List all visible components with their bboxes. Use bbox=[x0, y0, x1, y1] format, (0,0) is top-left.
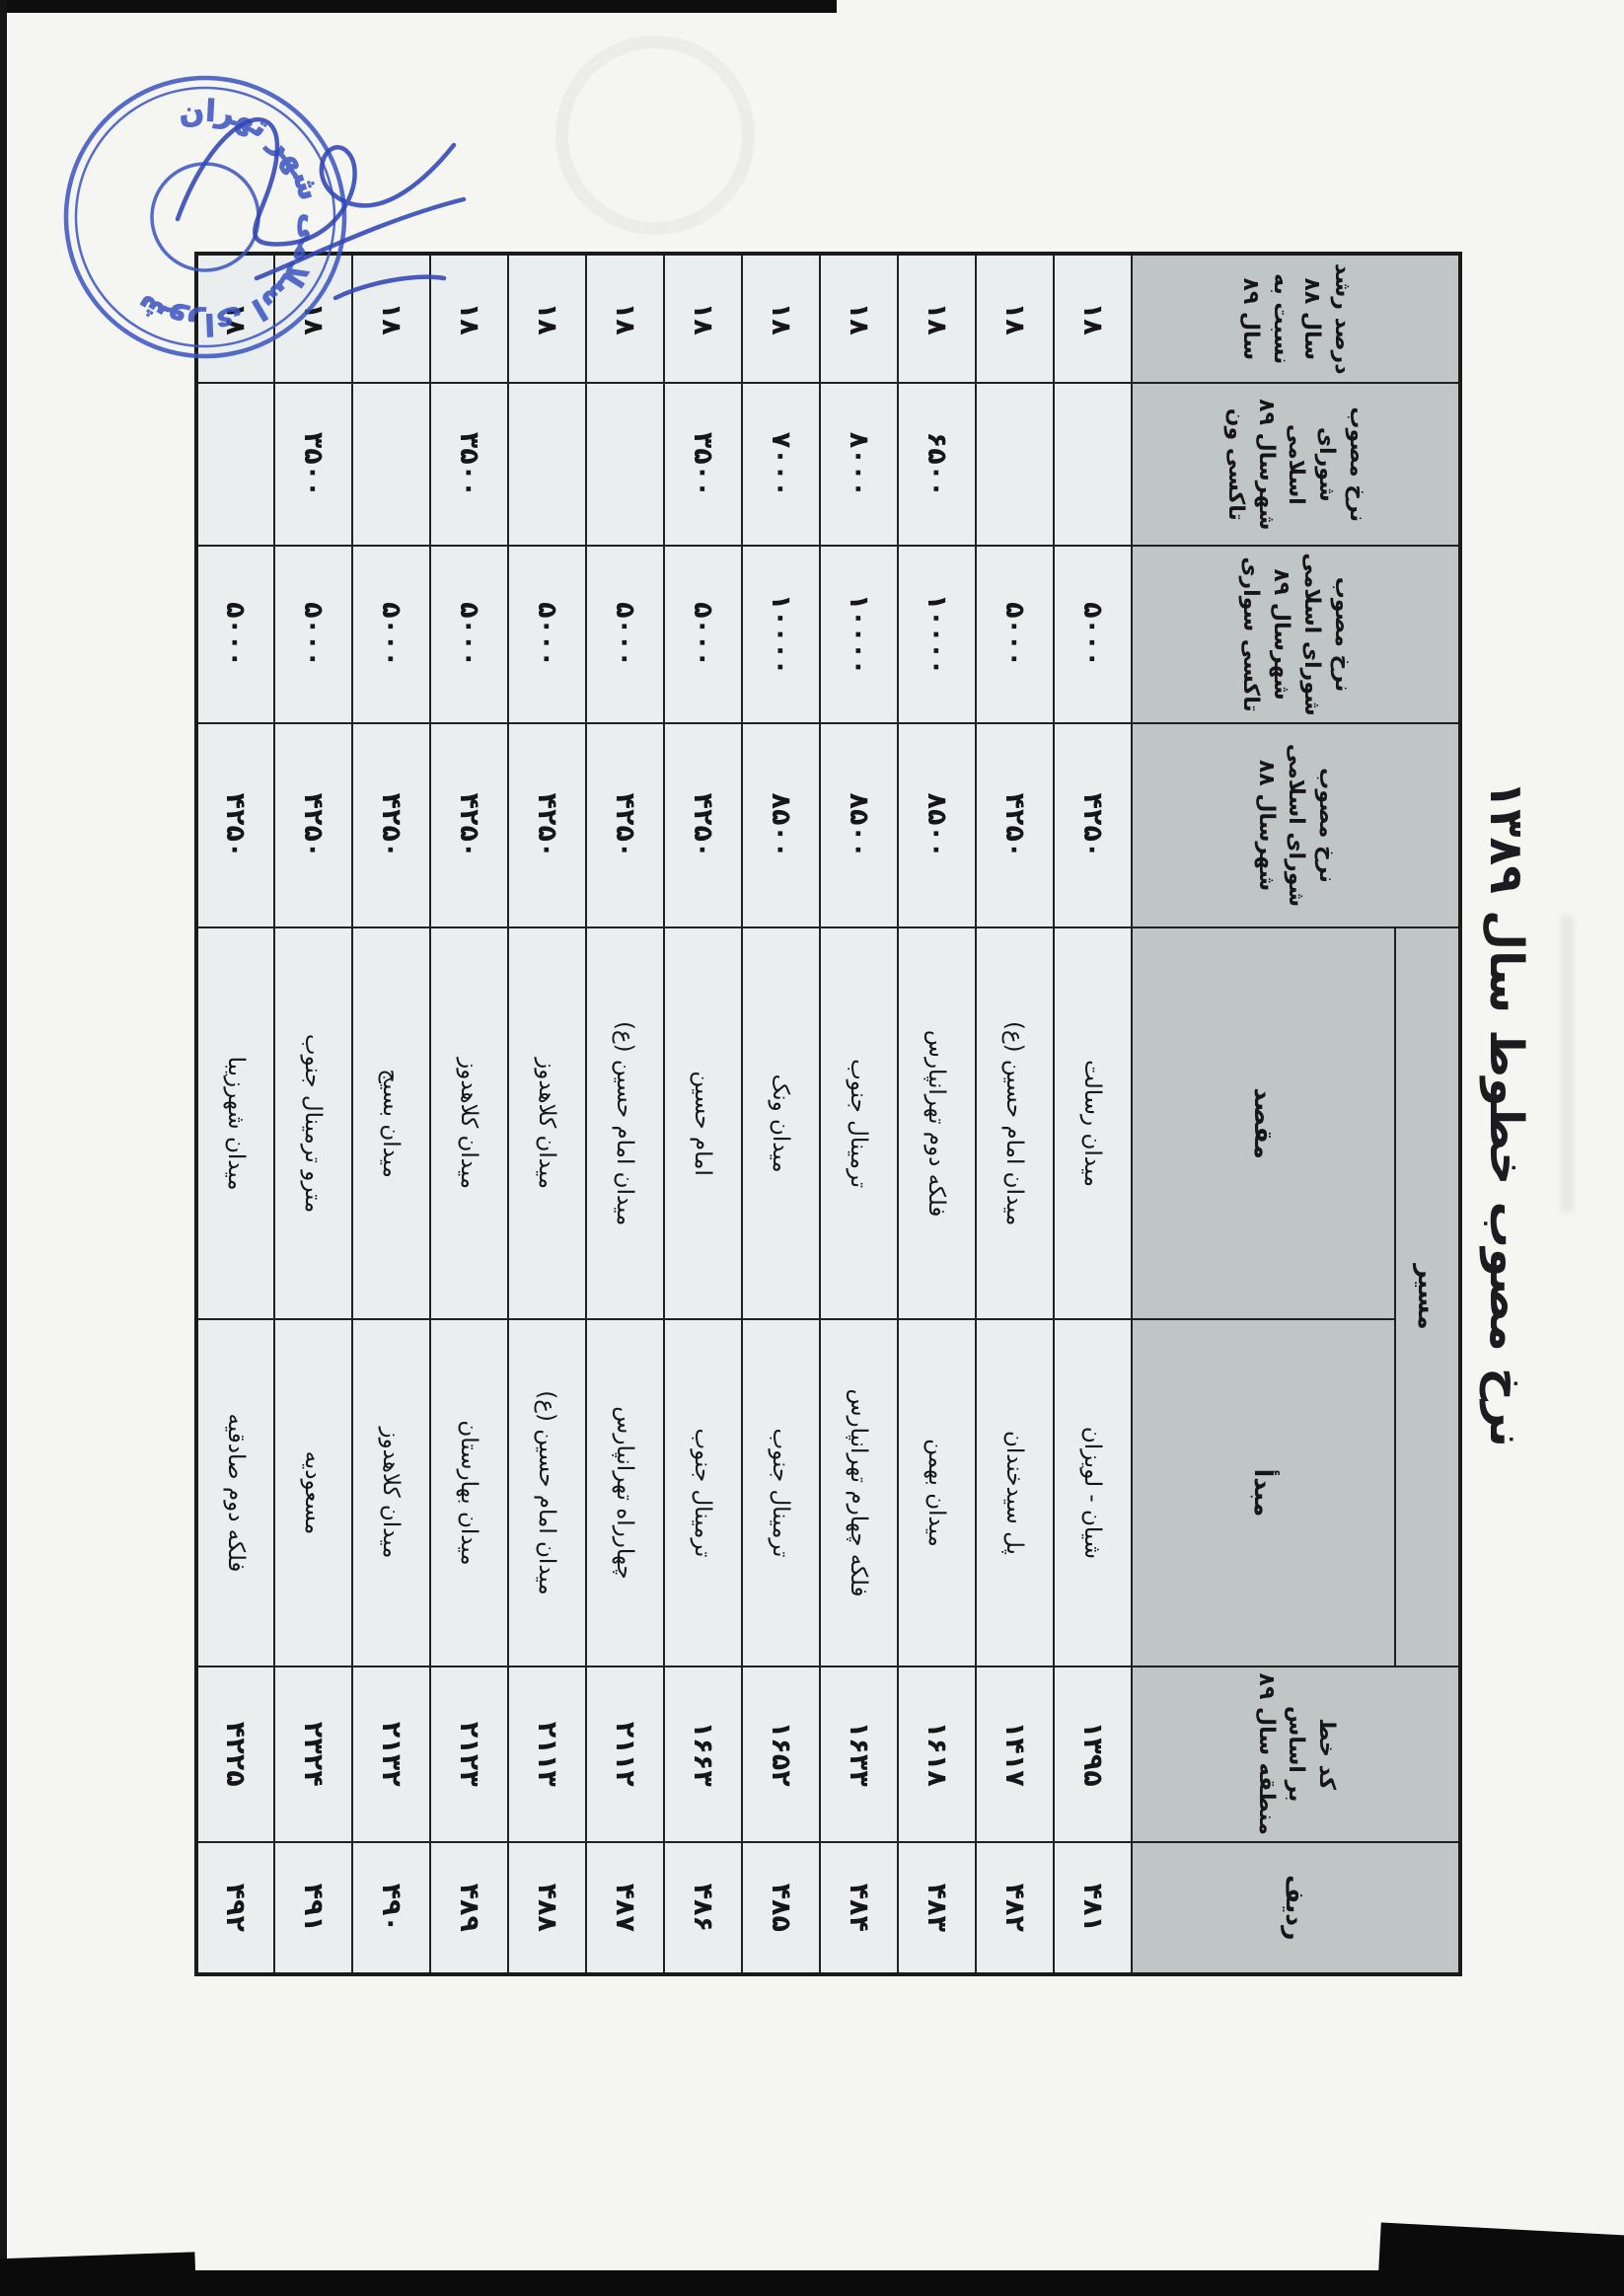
table-row: ۴۸۴۱۶۳۳فلکه چهارم تهرانپارسترمینال جنوب۸… bbox=[820, 254, 898, 1974]
table-row: ۴۸۶۱۶۶۳ترمینال جنوبامام حسین۴۲۵۰۵۰۰۰۳۵۰۰… bbox=[664, 254, 742, 1974]
cell-rate88: ۸۵۰۰ bbox=[820, 723, 898, 927]
cell-rate88: ۴۲۵۰ bbox=[664, 723, 742, 927]
cell-savari: ۵۰۰۰ bbox=[1054, 546, 1132, 723]
cell-mabda: میدان کلاهدوز bbox=[352, 1319, 430, 1666]
table-row: ۴۹۱۲۳۲۴مسعودیهمترو ترمینال جنوب۴۲۵۰۵۰۰۰۳… bbox=[274, 254, 352, 1974]
cell-radif: ۴۸۷ bbox=[586, 1842, 664, 1974]
cell-rate88: ۴۲۵۰ bbox=[274, 723, 352, 927]
cell-maqsad: میدان امام حسین (ع) bbox=[586, 927, 664, 1319]
cell-maqsad: ترمینال جنوب bbox=[820, 927, 898, 1319]
table-row: ۴۹۲۴۲۲۵فلکه دوم صادقیهمیدان شهرزیبا۴۲۵۰۵… bbox=[196, 254, 274, 1974]
cell-radif: ۴۸۶ bbox=[664, 1842, 742, 1974]
header-rate-89-taxi: نرخ مصوب شورای اسلامی شهرسال ۸۹ تاکسی سو… bbox=[1132, 546, 1460, 723]
cell-van: ۳۵۰۰ bbox=[430, 383, 508, 546]
cell-savari: ۱۰۰۰۰ bbox=[742, 546, 820, 723]
cell-radif: ۴۸۵ bbox=[742, 1842, 820, 1974]
cell-rate88: ۴۲۵۰ bbox=[586, 723, 664, 927]
cell-code: ۱۶۱۸ bbox=[898, 1666, 976, 1842]
cell-growth: ۱۸ bbox=[898, 254, 976, 383]
cell-growth: ۱۸ bbox=[976, 254, 1054, 383]
cell-van bbox=[196, 383, 274, 546]
cell-mabda: فلکه چهارم تهرانپارس bbox=[820, 1319, 898, 1666]
cell-rate88: ۴۲۵۰ bbox=[976, 723, 1054, 927]
cell-growth: ۱۸ bbox=[664, 254, 742, 383]
cell-rate88: ۴۲۵۰ bbox=[430, 723, 508, 927]
rates-table: رديف کد خط بر اساس منطقه سال ۸۹ مسير نرخ… bbox=[194, 252, 1462, 1976]
cell-maqsad: فلکه دوم تهرانپارس bbox=[898, 927, 976, 1319]
signature-scribble bbox=[138, 51, 493, 367]
cell-savari: ۵۰۰۰ bbox=[274, 546, 352, 723]
table-row: ۴۸۳۱۶۱۸میدان بهمنفلکه دوم تهرانپارس۸۵۰۰۱… bbox=[898, 254, 976, 1974]
cell-van bbox=[1054, 383, 1132, 546]
cell-mabda: پل سیدخندان bbox=[976, 1319, 1054, 1666]
cell-mabda: مسعودیه bbox=[274, 1319, 352, 1666]
cell-radif: ۴۸۲ bbox=[976, 1842, 1054, 1974]
cell-maqsad: میدان بسیج bbox=[352, 927, 430, 1319]
cell-mabda: میدان بهارستان bbox=[430, 1319, 508, 1666]
cell-van bbox=[352, 383, 430, 546]
cell-savari: ۵۰۰۰ bbox=[196, 546, 274, 723]
header-origin: مبدأ bbox=[1132, 1319, 1395, 1666]
cell-rate88: ۴۲۵۰ bbox=[196, 723, 274, 927]
cell-savari: ۱۰۰۰۰ bbox=[898, 546, 976, 723]
cell-van bbox=[508, 383, 586, 546]
cell-code: ۱۳۹۵ bbox=[1054, 1666, 1132, 1842]
cell-code: ۱۶۶۳ bbox=[664, 1666, 742, 1842]
document-title: نرخ مصوب خطوط سال ۱۳۸۹ bbox=[1462, 250, 1549, 1978]
cell-van: ۷۰۰۰ bbox=[742, 383, 820, 546]
cell-code: ۲۱۱۳ bbox=[508, 1666, 586, 1842]
cell-code: ۴۲۲۵ bbox=[196, 1666, 274, 1842]
table-row: ۴۸۹۲۱۲۳میدان بهارستانمیدان کلاهدوز۴۲۵۰۵۰… bbox=[430, 254, 508, 1974]
table-row: ۴۹۰۲۱۳۲میدان کلاهدوزمیدان بسیج۴۲۵۰۵۰۰۰۱۸ bbox=[352, 254, 430, 1974]
cell-rate88: ۴۲۵۰ bbox=[1054, 723, 1132, 927]
cell-maqsad: میدان امام حسین (ع) bbox=[976, 927, 1054, 1319]
cell-maqsad: میدان رسالت bbox=[1054, 927, 1132, 1319]
cell-maqsad: میدان شهرزیبا bbox=[196, 927, 274, 1319]
cell-mabda: فلکه دوم صادقیه bbox=[196, 1319, 274, 1666]
cell-maqsad: میدان کلاهدوز bbox=[430, 927, 508, 1319]
cell-radif: ۴۸۹ bbox=[430, 1842, 508, 1974]
cell-maqsad: میدان کلاهدوز bbox=[508, 927, 586, 1319]
cell-savari: ۵۰۰۰ bbox=[508, 546, 586, 723]
cell-savari: ۵۰۰۰ bbox=[352, 546, 430, 723]
cell-mabda: میدان بهمن bbox=[898, 1319, 976, 1666]
cell-radif: ۴۹۱ bbox=[274, 1842, 352, 1974]
cell-savari: ۵۰۰۰ bbox=[430, 546, 508, 723]
cell-growth: ۱۸ bbox=[742, 254, 820, 383]
cell-mabda: ترمینال جنوب bbox=[664, 1319, 742, 1666]
cell-rate88: ۴۲۵۰ bbox=[352, 723, 430, 927]
cell-growth: ۱۸ bbox=[1054, 254, 1132, 383]
scan-edge-top bbox=[0, 0, 837, 13]
cell-van bbox=[976, 383, 1054, 546]
cell-van: ۸۰۰۰ bbox=[820, 383, 898, 546]
table-row: ۴۸۱۱۳۹۵شیان - لویزانمیدان رسالت۴۲۵۰۵۰۰۰۱… bbox=[1054, 254, 1132, 1974]
cell-radif: ۴۹۰ bbox=[352, 1842, 430, 1974]
cell-maqsad: امام حسین bbox=[664, 927, 742, 1319]
table-row: ۴۸۷۲۱۱۲چهارراه تهرانپارسمیدان امام حسین … bbox=[586, 254, 664, 1974]
cell-code: ۱۶۳۳ bbox=[820, 1666, 898, 1842]
cell-mabda: شیان - لویزان bbox=[1054, 1319, 1132, 1666]
document-canvas: نرخ مصوب خطوط سال ۱۳۸۹ رديف کد خط بر اسا… bbox=[178, 250, 1549, 1978]
table-row: ۴۸۲۱۴۱۷پل سیدخندانمیدان امام حسین (ع)۴۲۵… bbox=[976, 254, 1054, 1974]
cell-van: ۶۵۰۰ bbox=[898, 383, 976, 546]
cell-van: ۳۵۰۰ bbox=[274, 383, 352, 546]
header-growth-percent: درصد رشد سال ۸۸ نسبت به سال ۸۹ bbox=[1132, 254, 1460, 383]
cell-savari: ۱۰۰۰۰ bbox=[820, 546, 898, 723]
rotated-document: نرخ مصوب خطوط سال ۱۳۸۹ رديف کد خط بر اسا… bbox=[178, 250, 1549, 1978]
cell-radif: ۴۸۸ bbox=[508, 1842, 586, 1974]
header-destination: مقصد bbox=[1132, 927, 1395, 1319]
header-line-code: کد خط بر اساس منطقه سال ۸۹ bbox=[1132, 1666, 1460, 1842]
cell-radif: ۴۸۴ bbox=[820, 1842, 898, 1974]
cell-code: ۱۴۱۷ bbox=[976, 1666, 1054, 1842]
stamp-bleedthrough-ghost bbox=[555, 36, 755, 235]
cell-savari: ۵۰۰۰ bbox=[976, 546, 1054, 723]
cell-code: ۲۱۲۳ bbox=[430, 1666, 508, 1842]
cell-mabda: میدان امام حسین (ع) bbox=[508, 1319, 586, 1666]
cell-mabda: ترمینال جنوب bbox=[742, 1319, 820, 1666]
cell-radif: ۴۸۳ bbox=[898, 1842, 976, 1974]
header-route: مسير bbox=[1395, 927, 1460, 1666]
header-radif: رديف bbox=[1132, 1842, 1460, 1974]
cell-van: ۳۵۰۰ bbox=[664, 383, 742, 546]
table-body: ۴۸۱۱۳۹۵شیان - لویزانمیدان رسالت۴۲۵۰۵۰۰۰۱… bbox=[196, 254, 1132, 1974]
cell-code: ۱۶۵۲ bbox=[742, 1666, 820, 1842]
cell-growth: ۱۸ bbox=[508, 254, 586, 383]
cell-radif: ۴۸۱ bbox=[1054, 1842, 1132, 1974]
cell-maqsad: مترو ترمینال جنوب bbox=[274, 927, 352, 1319]
cell-growth: ۱۸ bbox=[820, 254, 898, 383]
cell-growth: ۱۸ bbox=[586, 254, 664, 383]
cell-code: ۲۱۳۲ bbox=[352, 1666, 430, 1842]
header-rate-88: نرخ مصوب شورای اسلامی شهرسال ۸۸ bbox=[1132, 723, 1460, 927]
scan-streak bbox=[1561, 916, 1574, 1212]
scan-edge-left bbox=[0, 0, 7, 2296]
header-rate-89-van: نرخ مصوب شورای اسلامی شهرسال ۸۹ تاکسی ون bbox=[1132, 383, 1460, 546]
cell-code: ۲۱۱۲ bbox=[586, 1666, 664, 1842]
cell-maqsad: میدان ونک bbox=[742, 927, 820, 1319]
cell-van bbox=[586, 383, 664, 546]
cell-mabda: چهارراه تهرانپارس bbox=[586, 1319, 664, 1666]
cell-rate88: ۴۲۵۰ bbox=[508, 723, 586, 927]
cell-savari: ۵۰۰۰ bbox=[664, 546, 742, 723]
table-row: ۴۸۵۱۶۵۲ترمینال جنوبمیدان ونک۸۵۰۰۱۰۰۰۰۷۰۰… bbox=[742, 254, 820, 1974]
cell-rate88: ۸۵۰۰ bbox=[742, 723, 820, 927]
cell-savari: ۵۰۰۰ bbox=[586, 546, 664, 723]
scanned-page: { "title": "نرخ مصوب خطوط سال ۱۳۸۹", "st… bbox=[0, 0, 1624, 2296]
cell-radif: ۴۹۲ bbox=[196, 1842, 274, 1974]
cell-rate88: ۸۵۰۰ bbox=[898, 723, 976, 927]
cell-code: ۲۳۲۴ bbox=[274, 1666, 352, 1842]
scan-edge-corner-right bbox=[1378, 2222, 1624, 2296]
table-row: ۴۸۸۲۱۱۳میدان امام حسین (ع)میدان کلاهدوز۴… bbox=[508, 254, 586, 1974]
